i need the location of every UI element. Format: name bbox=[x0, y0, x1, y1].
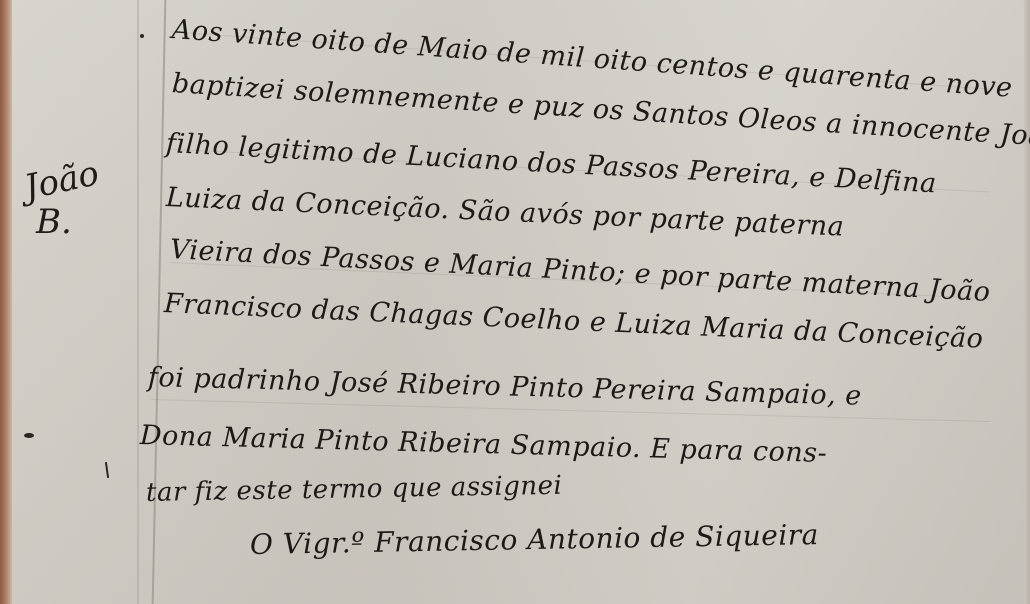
record-line-4: Luiza da Conceição. São avós por parte p… bbox=[165, 182, 845, 243]
signature-line: O Vigr.º Francisco Antonio de Siqueira bbox=[250, 518, 819, 561]
margin-initial: B. bbox=[36, 202, 124, 242]
ink-dot bbox=[140, 34, 144, 38]
margin-note: João B. bbox=[14, 158, 124, 242]
ink-mark bbox=[105, 462, 109, 478]
margin-name: João bbox=[21, 148, 127, 208]
record-line-8: Dona Maria Pinto Ribeira Sampaio. E para… bbox=[140, 420, 828, 469]
page-right-edge bbox=[1024, 0, 1030, 604]
document-page: João B. Aos vinte oito de Maio de mil oi… bbox=[0, 0, 1030, 604]
book-binding-edge bbox=[0, 0, 12, 604]
record-line-7: foi padrinho José Ribeiro Pinto Pereira … bbox=[148, 362, 862, 412]
faint-margin-rule bbox=[137, 0, 139, 604]
ink-blot bbox=[24, 433, 34, 438]
record-line-9: tar fiz este termo que assignei bbox=[146, 471, 563, 508]
